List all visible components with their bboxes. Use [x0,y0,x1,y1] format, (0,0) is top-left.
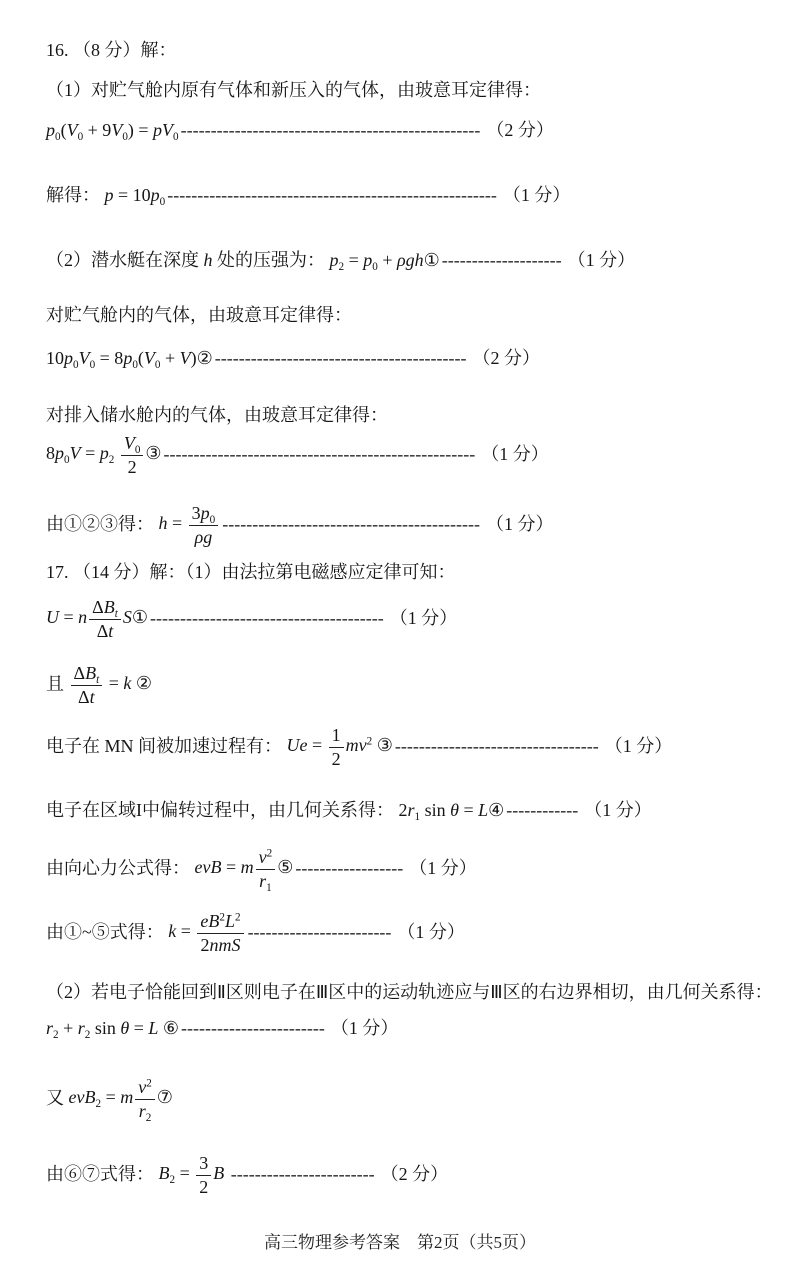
answer-line-8: 对排入储水舱内的气体，由玻意耳定律得： [46,405,388,427]
answer-line-5: （2）潜水艇在深度 h 处的压强为： p2 = p0 + ρgh①-------… [46,250,635,272]
answer-line-13: 且 ΔBtΔt = k ② [46,662,152,708]
dash-leader: ------------ [506,800,578,822]
dash-leader: ------------------------ [231,1164,375,1186]
formula: ΔBtΔt = k ② [69,662,152,708]
score-label: （2 分） [486,120,554,142]
text-run: 16. （8 分）解： [46,40,177,62]
answer-line-20: 又 evB2 = mv2r2⑦ [46,1076,173,1122]
answer-line-2: （1）对贮气舱内原有气体和新压入的气体，由玻意耳定律得： [46,80,541,102]
answer-line-1: 16. （8 分）解： [46,40,177,62]
text-run: （2）潜水艇在深度 [46,250,204,272]
answer-line-16: 由向心力公式得： evB = mv2r1⑤------------------（… [46,846,477,892]
answer-line-21: 由⑥⑦式得： B2 = 32B ------------------------… [46,1152,448,1198]
dash-leader: ----------------------------------------… [164,444,476,466]
score-label: （2 分） [473,348,541,370]
answer-line-15: 电子在区域I中偏转过程中，由几何关系得： 2r1 sin θ = L④-----… [46,800,652,822]
answer-line-17: 由①~⑤式得： k = eB2L22nmS-------------------… [46,910,465,956]
dash-leader: ----------------------------------------… [222,514,480,536]
score-label: （1 分） [503,185,571,207]
score-label: （1 分） [397,922,465,944]
formula: 8p0V = p2 V02③ [46,432,162,478]
dash-leader: -------------------- [442,250,562,272]
formula: B2 = 32B [159,1152,229,1198]
text-run: 由①②③得： [46,514,159,536]
formula: Ue = 12mv2 ③ [287,724,393,770]
answer-line-18: （2）若电子恰能回到Ⅱ区则电子在Ⅲ区中的运动轨迹应与Ⅲ区的右边界相切，由几何关系… [46,982,773,1004]
text-run: 由向心力公式得： [46,858,195,880]
formula: p0(V0 + 9V0) = pV0 [46,120,179,142]
dash-leader: ------------------ [295,858,403,880]
answer-line-19: r2 + r2 sin θ = L ⑥---------------------… [46,1018,398,1040]
text-run: 17. （14 分）解：（1）由法拉第电磁感应定律可知： [46,562,456,584]
text-run: （1）对贮气舱内原有气体和新压入的气体，由玻意耳定律得： [46,80,541,102]
answer-line-9: 8p0V = p2 V02③--------------------------… [46,432,549,478]
formula: k = eB2L22nmS [168,910,245,956]
document-page: 16. （8 分）解：（1）对贮气舱内原有气体和新压入的气体，由玻意耳定律得：p… [0,0,800,1276]
answer-line-14: 电子在 MN 间被加速过程有： Ue = 12mv2 ③------------… [46,724,672,770]
answer-line-10: 由①②③得： h = 3p0ρg------------------------… [46,502,553,548]
score-label: （1 分） [481,444,549,466]
score-label: （1 分） [409,858,477,880]
formula: 10p0V0 = 8p0(V0 + V)② [46,348,213,370]
answer-line-6: 对贮气舱内的气体，由玻意耳定律得： [46,305,352,327]
score-label: （1 分） [605,736,673,758]
answer-line-12: U = nΔBtΔtS①----------------------------… [46,596,457,642]
score-label: （1 分） [486,514,554,536]
score-label: （1 分） [331,1018,399,1040]
formula: p2 = p0 + ρgh① [330,250,440,272]
text-run: 且 [46,674,69,696]
dash-leader: --------------------------------------- [150,608,384,630]
formula: r2 + r2 sin θ = L ⑥ [46,1018,179,1040]
dash-leader: ------------------------ [248,922,392,944]
text-run: 由①~⑤式得： [46,922,168,944]
answer-line-3: p0(V0 + 9V0) = pV0----------------------… [46,120,554,142]
dash-leader: ---------------------------------- [395,736,599,758]
text-run: 电子在 MN 间被加速过程有： [46,736,287,758]
score-label: （2 分） [381,1164,449,1186]
dash-leader: ----------------------------------------… [215,348,467,370]
score-label: （1 分） [568,250,636,272]
formula: U = nΔBtΔtS① [46,596,148,642]
text-run: （2）若电子恰能回到Ⅱ区则电子在Ⅲ区中的运动轨迹应与Ⅲ区的右边界相切，由几何关系… [46,982,773,1004]
formula: h = 3p0ρg [159,502,221,548]
text-run: 由⑥⑦式得： [46,1164,159,1186]
dash-leader: ----------------------------------------… [181,120,481,142]
formula: h [204,250,213,272]
dash-leader: ------------------------ [181,1018,325,1040]
text-run: 对排入储水舱内的气体，由玻意耳定律得： [46,405,388,427]
score-label: （1 分） [390,608,458,630]
text-run: 对贮气舱内的气体，由玻意耳定律得： [46,305,352,327]
text-run: 电子在区域I中偏转过程中，由几何关系得： [46,800,399,822]
page-footer: 高三物理参考答案 第2页（共5页） [0,1228,800,1253]
text-run: 处的压强为： [213,250,330,272]
text-run: 又 [46,1088,69,1110]
dash-leader: ----------------------------------------… [167,185,497,207]
answer-line-7: 10p0V0 = 8p0(V0 + V)②-------------------… [46,348,540,370]
answer-line-4: 解得： p = 10p0----------------------------… [46,185,570,207]
formula: p = 10p0 [105,185,166,207]
formula: evB2 = mv2r2⑦ [69,1076,173,1122]
score-label: （1 分） [584,800,652,822]
text-run: 解得： [46,185,105,207]
answer-line-11: 17. （14 分）解：（1）由法拉第电磁感应定律可知： [46,562,456,584]
formula: evB = mv2r1⑤ [195,846,294,892]
formula: 2r1 sin θ = L④ [399,800,505,822]
